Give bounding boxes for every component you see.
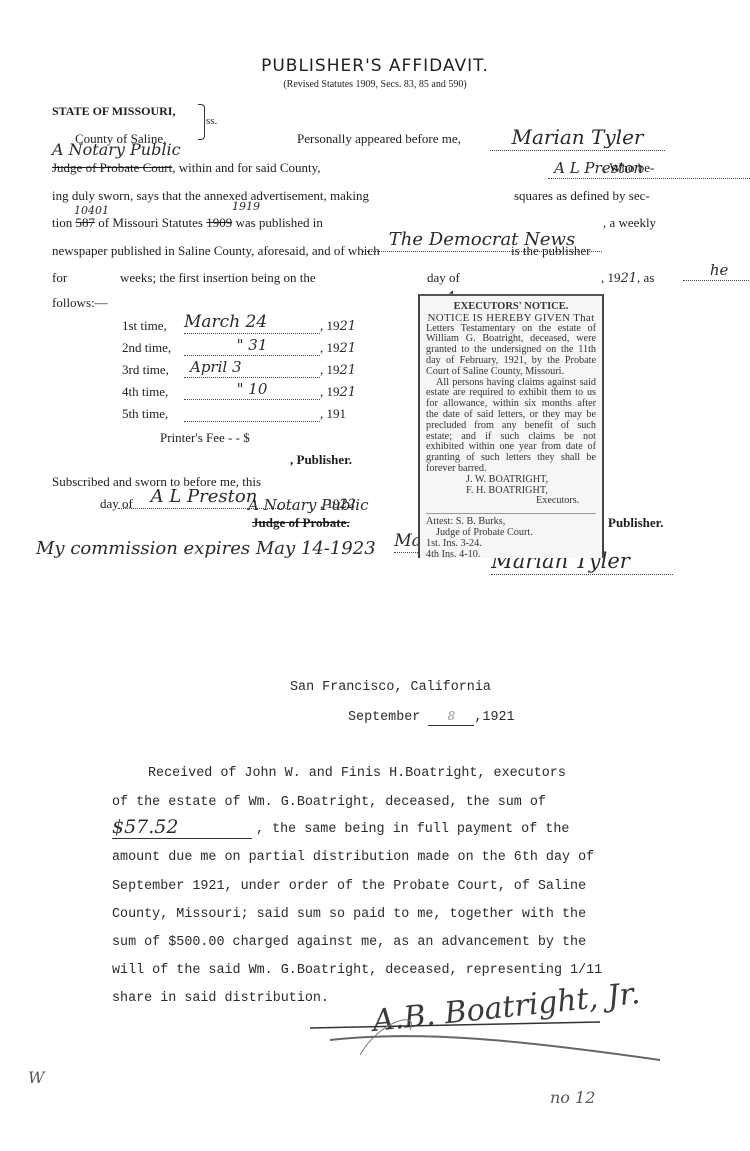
affidavit-title: PUBLISHER'S AFFIDAVIT. (0, 56, 750, 76)
follows-label: follows:— (52, 295, 108, 311)
officer-name-field: Marian Tyler (490, 136, 665, 151)
clipping-executor-1: J. W. BOATRIGHT, (426, 475, 596, 486)
clipping-para-1: Letters Testamentary on the estate of Wi… (426, 324, 596, 378)
receipt-line-9: share in said distribution. (112, 991, 329, 1006)
jurat-officer-title-struck: Judge of Probate. (252, 515, 350, 531)
section-struck: 587 (75, 215, 95, 230)
clipping-executors-label: Executors. (426, 496, 596, 507)
publisher-handwritten: he (683, 261, 750, 279)
line-5b: is the publisher (511, 243, 590, 259)
insertion-1: 1st time,March 24, 1921 (122, 318, 356, 334)
venue-brace (198, 104, 205, 140)
year-handwritten: 1919 (232, 200, 260, 213)
published-in-label: was published in (235, 215, 322, 230)
line-6a: weeks; the first insertion being on the (120, 270, 316, 286)
jurat-line-1: Subscribed and sworn to before me, this (52, 474, 261, 490)
publisher-label: , Publisher. (290, 452, 352, 468)
who-being-label: , Who be- (603, 160, 654, 176)
line-2: Judge of Probate Court, within and for s… (52, 160, 321, 176)
clipping-para-2: All persons having claims against said e… (426, 378, 596, 475)
line-4: tion 587 of Missouri Statutes 1909 was p… (52, 215, 323, 231)
receipt-date-day-handwritten: 8 (448, 709, 456, 723)
clipping-attest: Attest: S. B. Burks, (426, 513, 596, 528)
jurat-day-of-label: day of (100, 496, 133, 512)
insertion-4: 4th time," 10, 1921 (122, 384, 356, 400)
page-number-handwritten: no 12 (550, 1088, 595, 1107)
personally-appeared-label: Personally appeared before me, (297, 131, 461, 147)
receipt-line-4: amount due me on partial distribution ma… (112, 850, 594, 865)
publisher-field: he (683, 266, 750, 281)
venue-state: STATE OF MISSOURI, (52, 104, 175, 119)
receipt-date-year: ,1921 (474, 710, 514, 725)
insertion-5: 5th time,, 191 (122, 406, 346, 422)
venue-ss: ss. (206, 115, 217, 127)
officer-title-handwritten: A Notary Public (52, 140, 181, 159)
receipt-line-5: September 1921, under order of the Proba… (112, 879, 586, 894)
commission-expires-handwritten: My commission expires May 14-1923 (36, 538, 376, 559)
a-weekly-label: , a weekly (603, 215, 656, 231)
day-of-label: day of (427, 270, 460, 286)
officer-title-struck: Judge of Probate Court (52, 160, 172, 175)
receipt-line-3: , the same being in full payment of the (256, 822, 569, 837)
tion-label: tion (52, 215, 72, 230)
clipping-ins-2: 4th Ins. 4-10. (426, 550, 596, 561)
receipt-sum-handwritten: $57.52 (112, 816, 178, 838)
jurat-officer-signature-field: Marian Tyler (491, 560, 673, 575)
executors-notice-clipping: EXECUTORS' NOTICE. NOTICE IS HEREBY GIVE… (418, 294, 604, 558)
receipt-date: September 8,1921 (348, 709, 515, 726)
line-3a: ing duly sworn, says that the annexed ad… (52, 188, 369, 204)
first-insertion-year: , 1921, as (601, 270, 654, 286)
affidavit-subtitle: (Revised Statutes 1909, Secs. 83, 85 and… (0, 79, 750, 90)
receipt-sum-field: $57.52 (112, 818, 252, 839)
printers-fee-label: Printer's Fee - - $ (160, 430, 250, 446)
receipt-line-2: of the estate of Wm. G.Boatright, deceas… (112, 795, 546, 810)
receipt-line-1: Received of John W. and Finis H.Boatrigh… (148, 766, 566, 781)
for-label: for (52, 270, 67, 286)
receipt-line-6: County, Missouri; said sum so paid to me… (112, 907, 586, 922)
receipt-line-8: will of the said Wm. G.Boatright, deceas… (112, 963, 602, 978)
within-county-label: , within and for said County, (172, 160, 320, 175)
left-margin-mark: W (28, 1068, 44, 1087)
signature-flourish-icon (300, 1000, 660, 1070)
line-3b: squares as defined by sec- (514, 188, 650, 204)
jurat-officer-title-handwritten: A Notary Public (248, 496, 369, 514)
receipt-date-month: September (348, 710, 420, 725)
right-publisher-label: Publisher. (608, 515, 664, 531)
receipt-line-7: sum of $500.00 charged against me, as an… (112, 935, 586, 950)
insertion-3: 3rd time,April 3, 1921 (122, 362, 356, 378)
clipping-lead: NOTICE IS HEREBY GIVEN That (426, 313, 596, 324)
insertion-2: 2nd time," 31, 1921 (122, 340, 356, 356)
statutes-label: of Missouri Statutes (98, 215, 203, 230)
receipt-place: San Francisco, California (290, 680, 491, 695)
year-struck: 1909 (206, 215, 232, 230)
line-5a: newspaper published in Saline County, af… (52, 243, 380, 259)
officer-name-handwritten: Marian Tyler (490, 125, 665, 149)
clipping-ins-1: 1st. Ins. 3-24. (426, 539, 596, 550)
